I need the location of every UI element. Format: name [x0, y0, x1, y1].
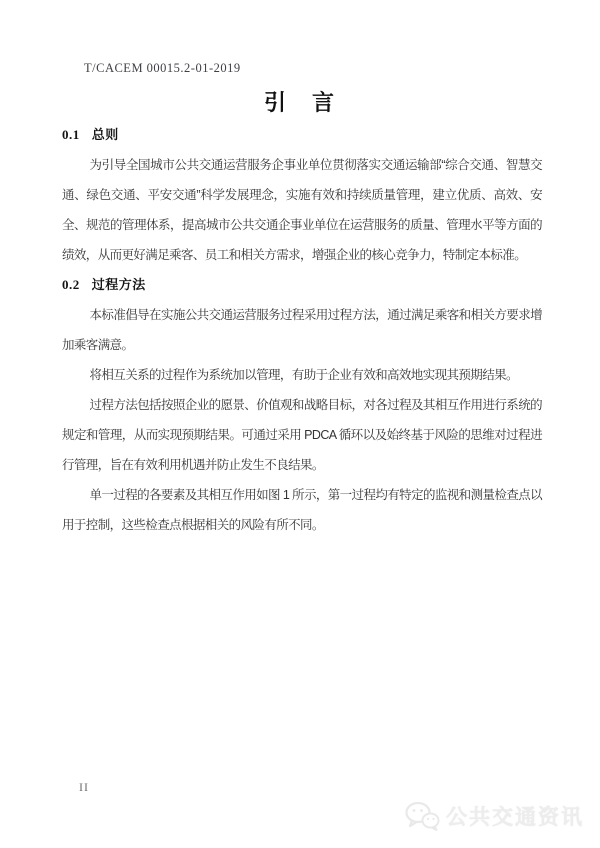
section-title: 总则 [92, 127, 119, 142]
section-title: 过程方法 [92, 277, 146, 292]
wechat-icon [404, 800, 440, 832]
doc-title: 引 言 [0, 86, 600, 117]
page-number: II [79, 780, 89, 795]
paragraph: 本标准倡导在实施公共交通运营服务过程采用过程方法，通过满足乘客和相关方要求增加乘… [62, 300, 542, 360]
section-number: 0.1 [62, 127, 80, 142]
document-body: 0.1总则 为引导全国城市公共交通运营服务企事业单位贯彻落实交通运输部“综合交通… [62, 120, 542, 540]
watermark-label: 公共交通资讯 [446, 801, 584, 831]
paragraph: 过程方法包括按照企业的愿景、价值观和战略目标，对各过程及其相互作用进行系统的规定… [62, 390, 542, 480]
paragraph: 将相互关系的过程作为系统加以管理，有助于企业有效和高效地实现其预期结果。 [62, 360, 542, 390]
doc-number: T/CACEM 00015.2-01-2019 [84, 61, 241, 76]
watermark: 公共交通资讯 [404, 800, 584, 832]
paragraph: 单一过程的各要素及其相互作用如图 1 所示，第一过程均有特定的监视和测量检查点以… [62, 480, 542, 540]
section-number: 0.2 [62, 277, 80, 292]
section-heading-0-1: 0.1总则 [62, 120, 542, 150]
document-page: T/CACEM 00015.2-01-2019 引 言 0.1总则 为引导全国城… [0, 0, 600, 848]
paragraph: 为引导全国城市公共交通运营服务企事业单位贯彻落实交通运输部“综合交通、智慧交通、… [62, 150, 542, 270]
section-heading-0-2: 0.2过程方法 [62, 270, 542, 300]
